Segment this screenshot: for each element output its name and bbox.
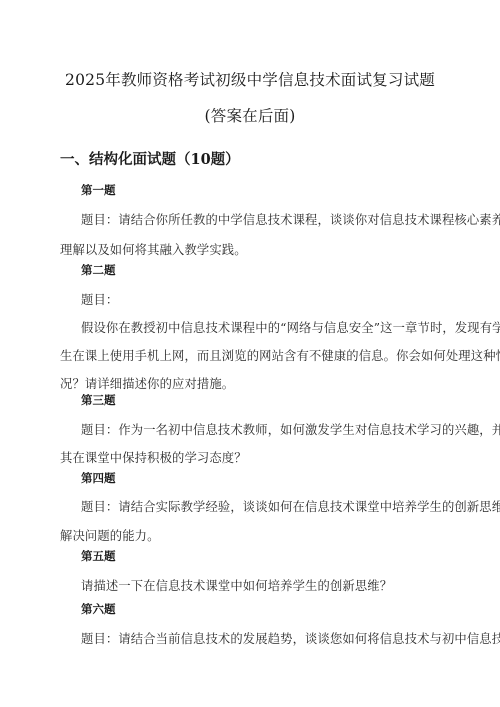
question-3-line-2: 其在课堂中保持积极的学习态度？ [60, 448, 247, 466]
question-2-line-2: 假设你在教授初中信息技术课程中的“网络与信息安全”这一章节时，发现有学 [81, 318, 500, 336]
question-2-line-3: 生在课上使用手机上网，而且浏览的网站含有不健康的信息。你会如何处理这种情 [60, 346, 500, 364]
question-3-line-1: 题目：作为一名初中信息技术教师，如何激发学生对信息技术学习的兴趣，并使 [81, 420, 500, 438]
document-subtitle: (答案在后面) [0, 104, 500, 126]
question-1-line-2: 理解以及如何将其融入教学实践。 [60, 240, 247, 258]
question-1-heading: 第一题 [81, 182, 116, 198]
question-6-line-1: 题目：请结合当前信息技术的发展趋势，谈谈您如何将信息技术与初中信息技术 [81, 629, 500, 647]
question-4-line-1: 题目：请结合实际教学经验，谈谈如何在信息技术课堂中培养学生的创新思维和 [81, 497, 500, 515]
question-4-heading: 第四题 [81, 470, 116, 486]
question-2-heading: 第二题 [81, 262, 116, 278]
document-page: 2025年教师资格考试初级中学信息技术面试复习试题 (答案在后面) 一、结构化面… [0, 0, 500, 707]
question-3-heading: 第三题 [81, 392, 116, 408]
section-heading: 一、结构化面试题（10题） [60, 148, 240, 169]
question-1-line-1: 题目：请结合你所任教的中学信息技术课程，谈谈你对信息技术课程核心素养的 [81, 210, 500, 228]
question-2-line-1: 题目： [81, 290, 118, 308]
question-4-line-2: 解决问题的能力。 [60, 526, 160, 544]
question-6-heading: 第六题 [81, 601, 116, 617]
question-5-heading: 第五题 [81, 548, 116, 564]
document-title: 2025年教师资格考试初级中学信息技术面试复习试题 [0, 68, 500, 90]
question-2-line-4: 况？请详细描述你的应对措施。 [60, 374, 234, 392]
question-5-line-1: 请描述一下在信息技术课堂中如何培养学生的创新思维？ [81, 576, 392, 594]
